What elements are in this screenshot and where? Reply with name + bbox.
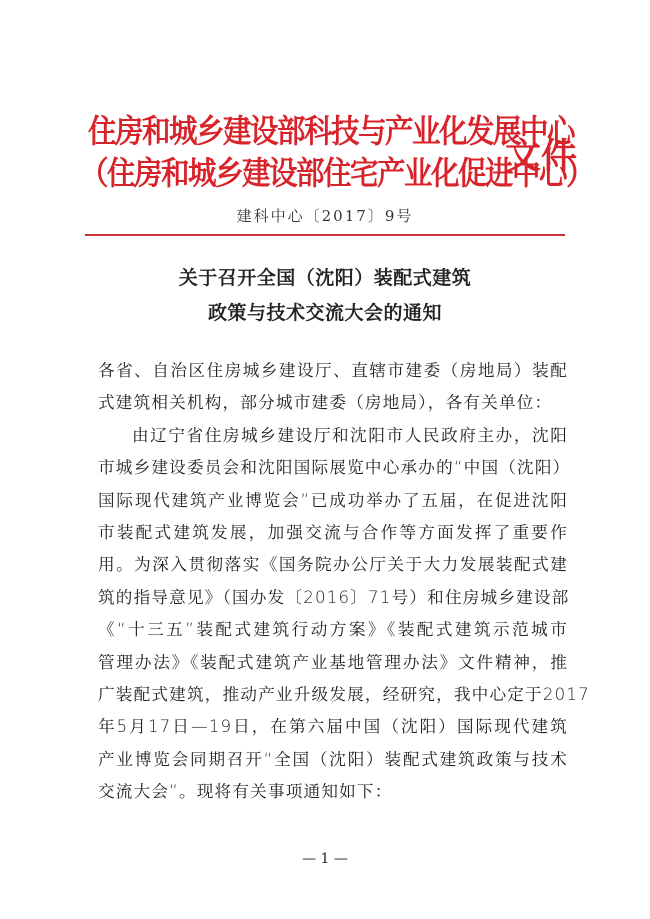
document-type-label: 文件 [505,128,577,179]
body-line: 年5月17日—19日，在第六届中国（沈阳）国际现代建筑 [98,711,568,743]
body-line: 用。为深入贯彻落实《国务院办公厅关于大力发展装配式建 [98,549,568,581]
body-line: 《“十三五”装配式建筑行动方案》《装配式建筑示范城市 [98,614,568,646]
issuer-name-line-1: 住房和城乡建设部科技与产业化发展中心 [88,106,574,152]
body-line: 市城乡建设委员会和沈阳国际展览中心承办的“中国（沈阳） [98,452,568,484]
page-number: — 1 — [0,851,650,867]
body-line: 产业博览会同期召开“全国（沈阳）装配式建筑政策与技术 [98,744,568,776]
body-line: 国际现代建筑产业博览会”已成功举办了五届，在促进沈阳 [98,485,568,517]
document-page: 住房和城乡建设部科技与产业化发展中心 （住房和城乡建设部住宅产业化促进中心） 文… [0,0,650,919]
notice-title-line-2: 政策与技术交流大会的通知 [0,298,650,325]
red-divider-rule [85,234,565,236]
notice-body: 各省、自治区住房城乡建设厅、直辖市建委（房地局）装配 式建筑相关机构，部分城市建… [98,355,568,808]
body-line: 广装配式建筑，推动产业升级发展，经研究，我中心定于2017 [98,679,568,711]
body-line: 市装配式建筑发展，加强交流与合作等方面发挥了重要作 [98,517,568,549]
body-line: 式建筑相关机构，部分城市建委（房地局），各有关单位： [98,387,568,419]
body-line: 交流大会”。现将有关事项通知如下： [98,776,568,808]
body-line: 筑的指导意见》（国办发〔2016〕71号）和住房城乡建设部 [98,582,568,614]
body-line: 由辽宁省住房城乡建设厅和沈阳市人民政府主办，沈阳 [98,420,568,452]
notice-title-line-1: 关于召开全国（沈阳）装配式建筑 [0,263,650,290]
body-line: 管理办法》《装配式建筑产业基地管理办法》文件精神，推 [98,647,568,679]
document-number: 建科中心〔2017〕9号 [0,205,650,226]
body-line: 各省、自治区住房城乡建设厅、直辖市建委（房地局）装配 [98,355,568,387]
